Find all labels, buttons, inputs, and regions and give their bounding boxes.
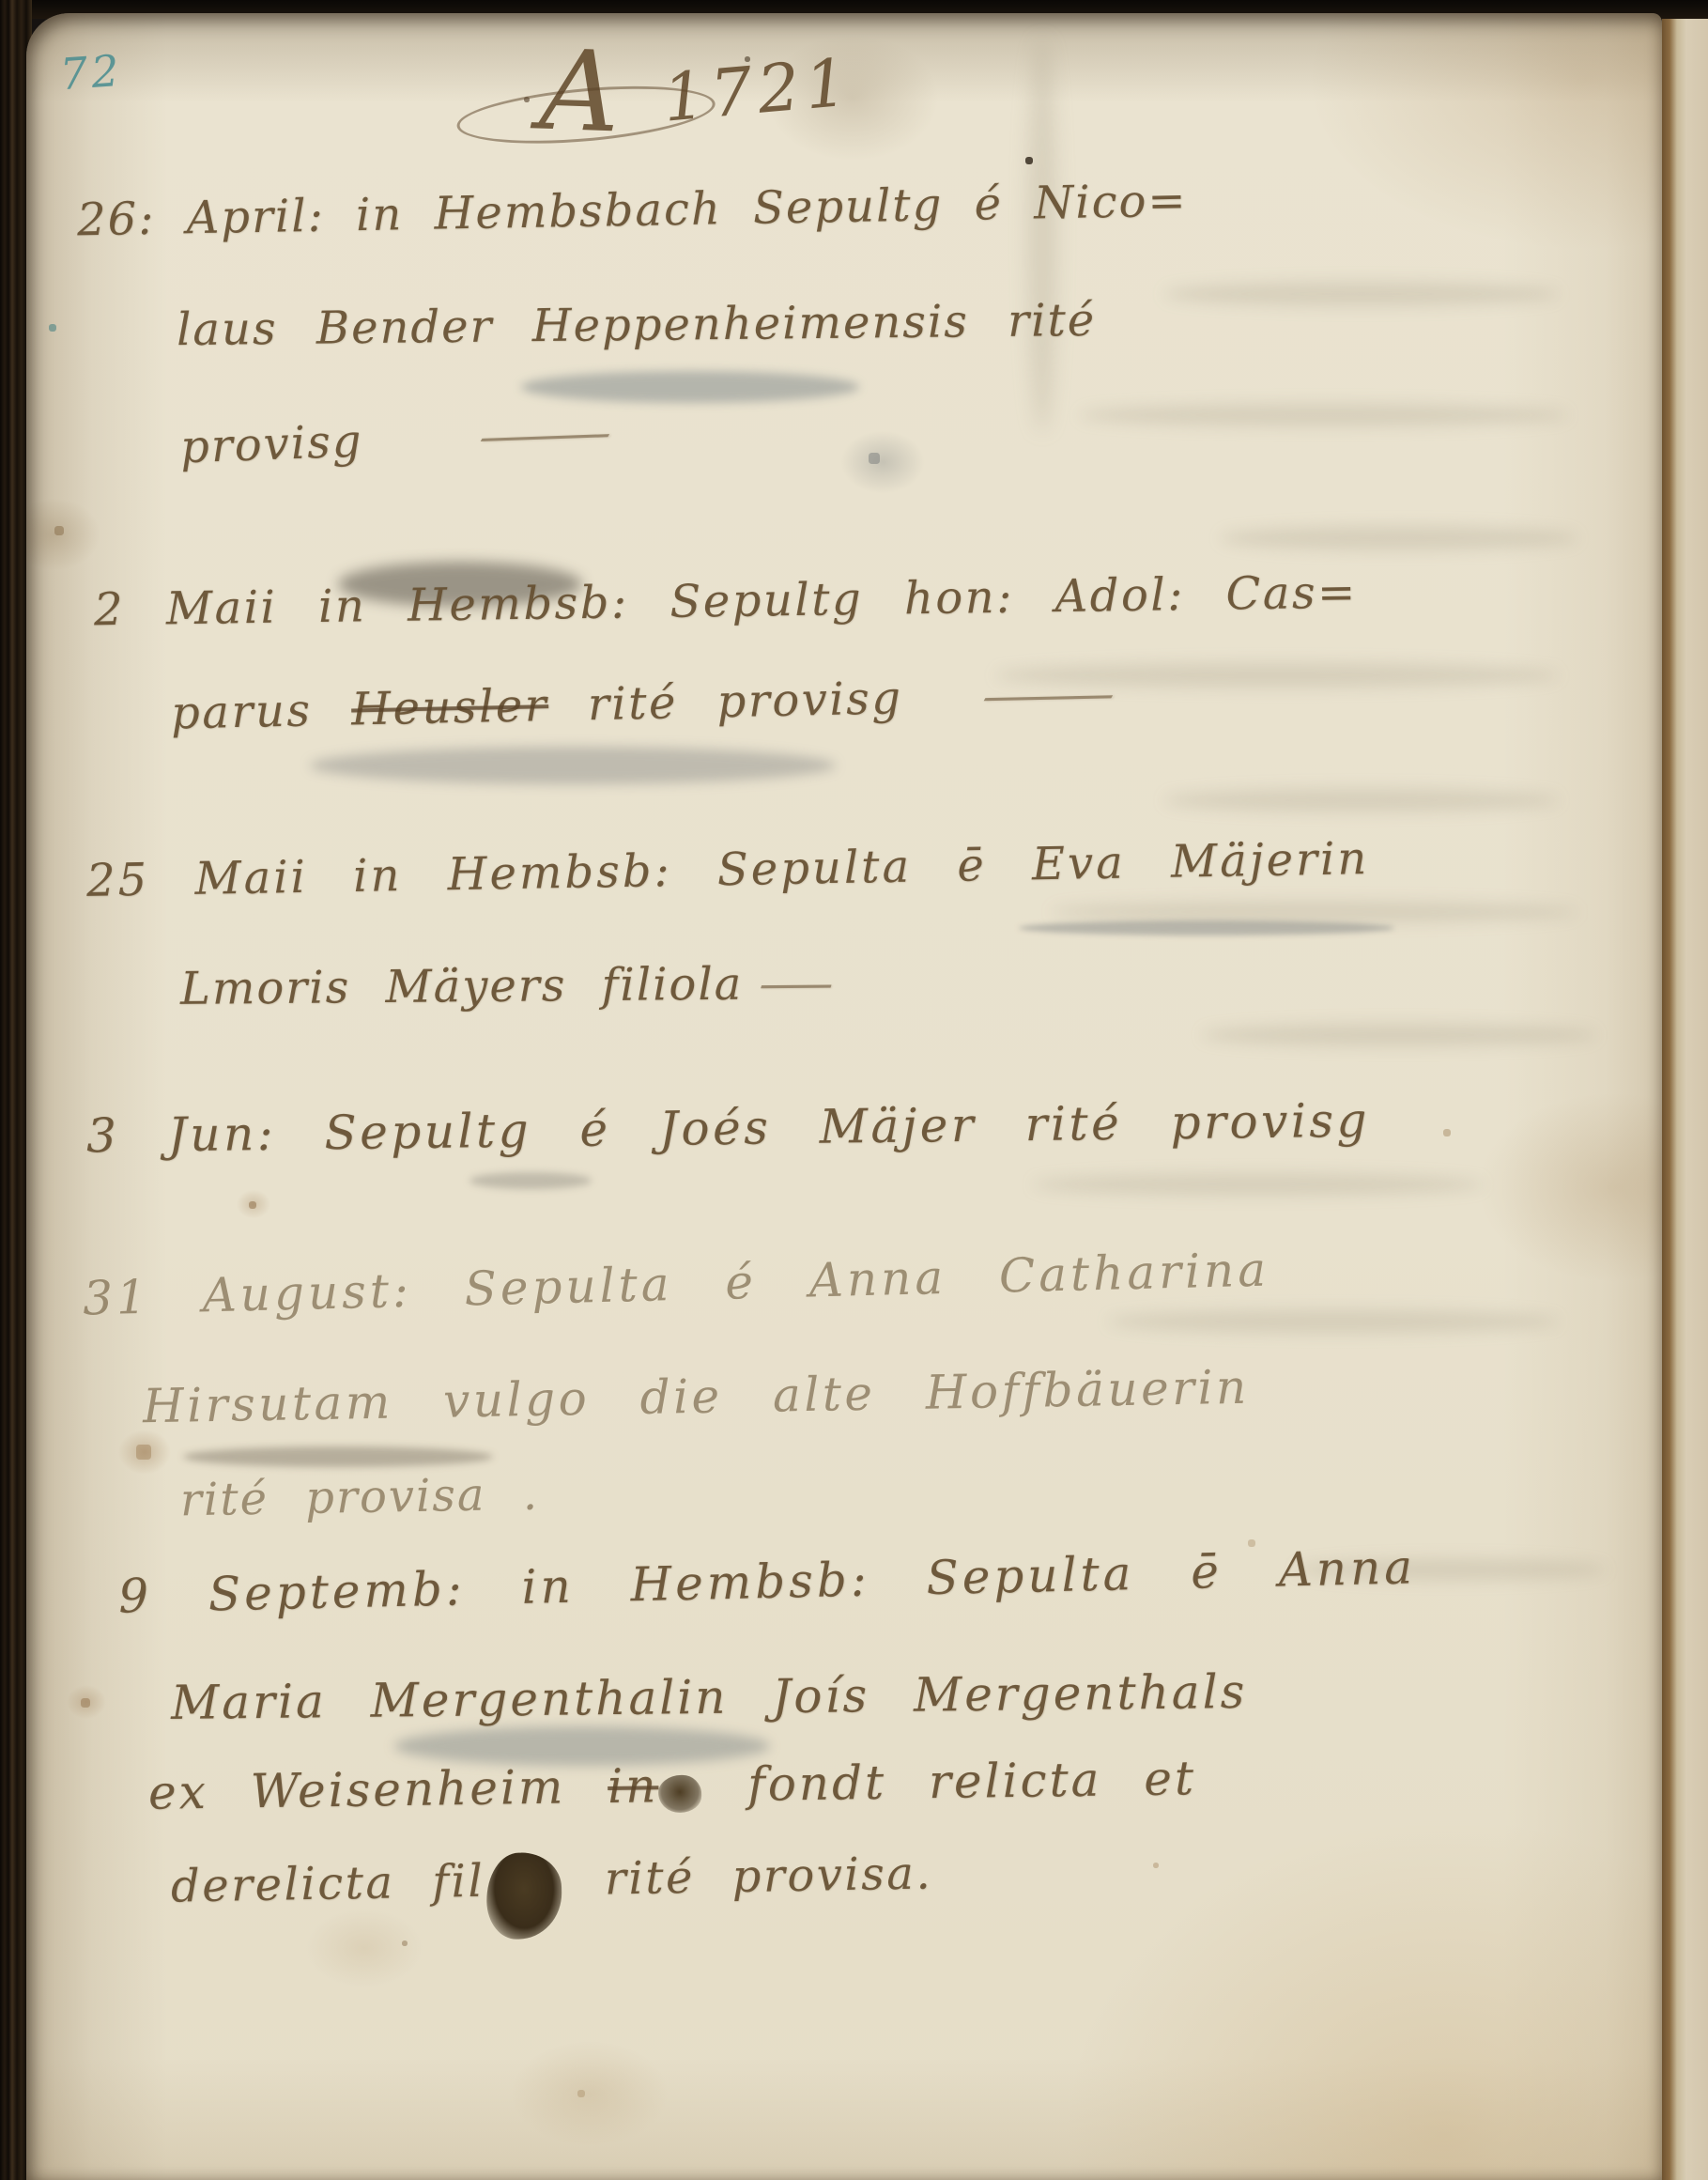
manuscript-scan: 72 A1721 26: April: in Hembsbach Sepultg… [0,0,1708,2180]
show-through-ghost [1164,789,1559,812]
paper-specks [0,0,2,2]
entry-5-line-3: rité provisa . [180,1468,540,1527]
ink-smudge [1019,920,1394,935]
show-through-ghost [1052,902,1577,922]
show-through-ghost [1221,526,1577,550]
show-through-ghost [1080,404,1568,426]
page-right-edge [1662,19,1708,2180]
heading-year: 1721 [660,43,856,136]
entry-3-line-2-text: Lmoris Mäyers filiola [180,958,744,1015]
entry-3-line-2: Lmoris Mäyers filiola— [180,957,806,1015]
entry-2-line-2-pre: parus [171,684,352,740]
ink-smudge [183,1446,493,1467]
entry-3-dash: — [758,957,838,1011]
show-through-ghost [1164,282,1559,306]
show-through-ghost [1108,1310,1559,1333]
small-ink-blot [658,1775,702,1814]
entry-6-line-4-pre: derelicta fil [171,1855,485,1913]
ink-smudge [521,371,859,403]
entry-1-line-3-text: provisg [179,415,363,474]
entry-6-struck-word: in [608,1758,659,1814]
entry-2-line-2-post: rité provisg [548,672,903,732]
entry-1-dash: — [474,406,622,463]
show-through-ghost [1033,1174,1484,1195]
ink-smudge [310,747,836,784]
crossed-letter-a: A [538,25,623,158]
ink-smudge [469,1172,592,1189]
fold-shadow [1028,38,1056,432]
entry-2-dash: — [977,667,1126,722]
entry-6-line-2: Maria Mergenthalin Joís Mergenthals [171,1664,1248,1730]
year-heading: A1721 [540,26,853,156]
show-through-ghost [1202,1024,1596,1046]
entry-6-line-4-post: rité provisa. [567,1847,933,1906]
entry-2-struck-name: Heusler [351,679,549,735]
entry-6-line-3-post: fondt relicta et [705,1751,1196,1812]
page-number: 72 [58,45,124,100]
entry-1-line-2: laus Bender Heppenheimensis rité [177,294,1097,356]
entry-6-line-3-pre: ex Weisenheim [148,1759,608,1820]
